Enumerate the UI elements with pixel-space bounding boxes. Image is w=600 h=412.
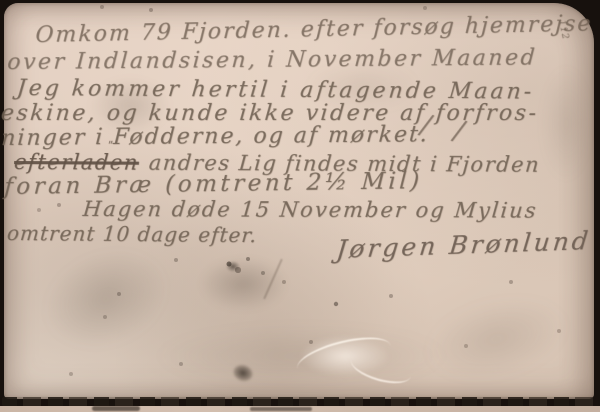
dirt-specks	[4, 3, 6, 5]
diary-page: Omkom 79 Fjorden. efter forsøg hjemrejse…	[4, 3, 594, 399]
page-edge-strip	[0, 406, 600, 412]
diary-line-2: over Indlandsisen, i November Maaned	[6, 45, 537, 75]
diary-line-5: ninger i Fødderne, og af mørket.	[0, 122, 429, 151]
caret-mark: ʺ	[108, 140, 113, 153]
diary-line-8: Hagen døde 15 November og Mylius	[82, 197, 539, 223]
diary-photo: Omkom 79 Fjorden. efter forsøg hjemrejse…	[0, 0, 600, 412]
stitch-band	[2, 397, 598, 406]
diary-line-9: omtrent 10 dage efter.	[6, 221, 258, 247]
crossed-out-word: efterladen	[13, 150, 140, 175]
